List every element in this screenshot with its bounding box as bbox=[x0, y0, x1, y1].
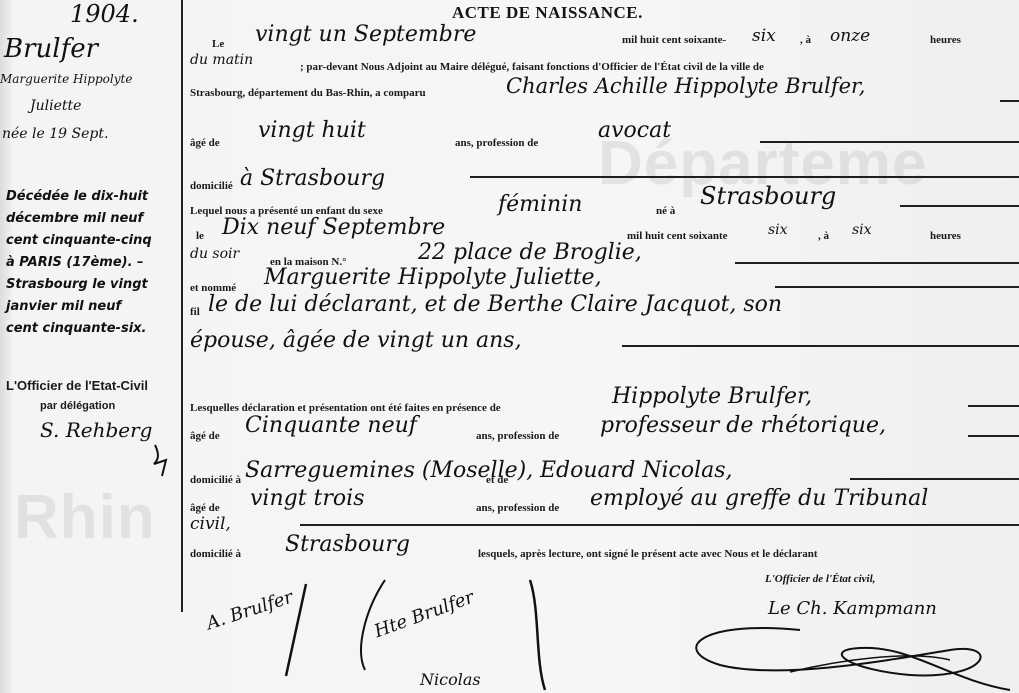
handwritten-birth-date: Dix neuf Septembre bbox=[222, 215, 445, 240]
printed-text: le bbox=[196, 230, 204, 242]
fill-line bbox=[735, 262, 1019, 264]
handwritten-parentage: le de lui déclarant, et de Berthe Claire… bbox=[208, 292, 782, 317]
fill-line bbox=[1000, 100, 1019, 102]
margin-officer-delegation: par délégation bbox=[40, 400, 115, 412]
death-note-line: à PARIS (17ème). – bbox=[6, 252, 152, 274]
handwritten-time: du soir bbox=[190, 246, 239, 262]
signature-officer-flourish bbox=[660, 620, 1019, 693]
fill-line bbox=[850, 478, 1019, 480]
printed-text: domicilié bbox=[190, 180, 233, 192]
printed-text: et de bbox=[486, 474, 508, 486]
printed-text: domicilié à bbox=[190, 474, 241, 486]
death-note-line: janvier mil neuf bbox=[6, 296, 152, 318]
officer-title: L'Officier de l'État civil, bbox=[765, 573, 875, 585]
printed-text: âgé de bbox=[190, 502, 220, 514]
margin-given-names: Marguerite Hippolyte bbox=[0, 72, 132, 86]
handwritten-continuation: civil, bbox=[190, 514, 231, 534]
handwritten-hour: onze bbox=[830, 26, 870, 46]
death-note-line: décembre mil neuf bbox=[6, 208, 152, 230]
handwritten-witness1-profession: professeur de rhétorique, bbox=[600, 413, 886, 438]
printed-text: mil huit cent soixante- bbox=[622, 34, 726, 46]
fill-line bbox=[900, 205, 1019, 207]
printed-text: domicilié à bbox=[190, 548, 241, 560]
handwritten-birthplace: Strasbourg bbox=[700, 182, 836, 210]
fill-line bbox=[622, 345, 1019, 347]
handwritten-time: du matin bbox=[190, 52, 253, 68]
printed-text: Strasbourg, département du Bas-Rhin, a c… bbox=[190, 87, 426, 99]
fill-line bbox=[470, 176, 1019, 178]
margin-divider bbox=[181, 0, 183, 612]
handwritten-witness1-name: Hippolyte Brulfer, bbox=[612, 384, 812, 409]
handwritten-witness2-domicile: Strasbourg bbox=[285, 532, 410, 557]
margin-officer-title: L'Officier de l'Etat-Civil bbox=[6, 378, 148, 393]
handwritten-age: vingt huit bbox=[258, 118, 366, 143]
handwritten-hour: six bbox=[852, 222, 872, 238]
printed-text: , à bbox=[800, 34, 811, 46]
document-title: ACTE DE NAISSANCE. bbox=[452, 3, 643, 23]
printed-text: , à bbox=[818, 230, 829, 242]
handwritten-declarant-name: Charles Achille Hippolyte Brulfer, bbox=[506, 74, 865, 98]
printed-text: né à bbox=[656, 205, 675, 217]
death-note-line: Strasbourg le vingt bbox=[6, 274, 152, 296]
handwritten-witness2-profession: employé au greffe du Tribunal bbox=[590, 486, 928, 511]
handwritten-witness2-name: Edouard Nicolas, bbox=[540, 458, 733, 483]
handwritten-address: 22 place de Broglie, bbox=[418, 240, 642, 265]
handwritten-profession: avocat bbox=[598, 118, 671, 143]
signature-officer: Le Ch. Kampmann bbox=[768, 598, 937, 619]
birth-certificate-page: Départeme Rhin 1904. Brulfer Marguerite … bbox=[0, 0, 1019, 693]
handwritten-year: six bbox=[768, 222, 788, 238]
death-note-line: Décédée le dix-huit bbox=[6, 186, 152, 208]
handwritten-date: vingt un Septembre bbox=[255, 22, 476, 47]
printed-text: ; par-devant Nous Adjoint au Maire délég… bbox=[300, 61, 764, 73]
fill-line bbox=[968, 435, 1019, 437]
handwritten-sex: féminin bbox=[498, 192, 582, 217]
margin-officer-signature: S. Rehberg bbox=[40, 418, 152, 442]
signature-stroke bbox=[280, 580, 310, 680]
death-note-line: cent cinquante-cinq bbox=[6, 230, 152, 252]
printed-text: ans, profession de bbox=[476, 502, 559, 514]
margin-given-names-2: Juliette bbox=[30, 98, 81, 114]
fill-line bbox=[775, 286, 1019, 288]
death-note-line: cent cinquante-six. bbox=[6, 318, 152, 340]
printed-text: ans, profession de bbox=[455, 137, 538, 149]
signature-witness2: Nicolas bbox=[420, 670, 481, 689]
printed-text: fil bbox=[190, 306, 200, 318]
handwritten-witness1-age: Cinquante neuf bbox=[245, 413, 417, 438]
margin-signature-flourish bbox=[150, 440, 180, 480]
printed-text: ans, profession de bbox=[476, 430, 559, 442]
printed-text: heures bbox=[930, 230, 961, 242]
handwritten-domicile: à Strasbourg bbox=[240, 166, 385, 191]
margin-death-note: Décédée le dix-huit décembre mil neuf ce… bbox=[6, 186, 152, 340]
printed-text: lesquels, après lecture, ont signé le pr… bbox=[478, 548, 818, 560]
margin-year: 1904. bbox=[70, 0, 139, 28]
fill-line bbox=[760, 141, 1019, 143]
handwritten-child-name: Marguerite Hippolyte Juliette, bbox=[264, 265, 602, 290]
printed-text: âgé de bbox=[190, 137, 220, 149]
handwritten-witness2-age: vingt trois bbox=[250, 486, 364, 511]
margin-born-date: née le 19 Sept. bbox=[2, 126, 108, 142]
handwritten-year: six bbox=[752, 26, 776, 46]
printed-text: heures bbox=[930, 34, 961, 46]
handwritten-mother-age: épouse, âgée de vingt un ans, bbox=[190, 328, 522, 353]
fill-line bbox=[300, 524, 1019, 526]
watermark-rhin: Rhin bbox=[14, 482, 156, 553]
printed-text: âgé de bbox=[190, 430, 220, 442]
printed-text: Le bbox=[212, 38, 224, 50]
printed-text: mil huit cent soixante bbox=[627, 230, 728, 242]
fill-line bbox=[968, 405, 1019, 407]
margin-surname: Brulfer bbox=[4, 34, 98, 64]
